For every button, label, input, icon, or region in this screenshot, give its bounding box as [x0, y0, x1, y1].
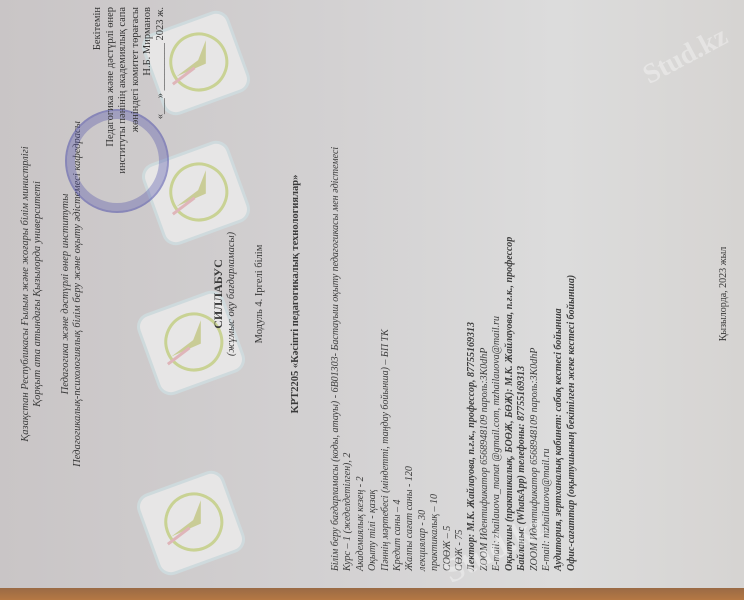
detail-line: Лектор: М.К. Жайлауова, п.ғ.к., профессо… [466, 147, 478, 571]
detail-line: СӨЖ - 75 [454, 147, 466, 571]
detail-line: практикалық – 10 [429, 147, 441, 571]
detail-line: Аудитория, зертханалық кабинет: сабақ ке… [553, 147, 565, 571]
detail-line: Жалпы сағат саны - 120 [404, 147, 416, 571]
course-details: Білім беру бағдарламасы (коды, атауы) - … [330, 147, 578, 571]
detail-line: Оқытушы (практикалық, БОӨЖ, БӨЖ): М.К. Ж… [504, 147, 516, 571]
detail-line: Білім беру бағдарламасы (коды, атауы) - … [330, 147, 342, 571]
syllabus-page: Қазақстан Республикасы Ғылым және жоғары… [0, 0, 744, 589]
ministry-name: Қазақстан Республикасы Ғылым және жоғары… [20, 0, 32, 589]
detail-line: Оқыту тілі - қазақ [367, 147, 379, 571]
approval-line: Н.Б. Мирманов [142, 7, 155, 174]
detail-line: Офис-сағаттар (оқытушының бекітілген жек… [566, 147, 578, 571]
department-name: Педагогикалық-психологиялық білім беру ж… [72, 0, 84, 589]
detail-line: Академиялық кезең - 2 [355, 147, 367, 571]
approval-line: «___» _________ 2023 ж. [155, 7, 168, 174]
detail-line: Байланыс (WhatsApp) телефоны: 8775516931… [516, 147, 528, 571]
approval-line: жөніндегі комитет төрағасы [130, 7, 143, 174]
institute-name: Педагогика және дәстүрлі өнер институты [60, 0, 72, 589]
table-surface [0, 588, 744, 600]
detail-line: E-mail: zhailauova_manat @gmail.com, mzh… [491, 147, 503, 571]
document-subtitle: (жұмыс оқу бағдарламасы) [226, 0, 238, 589]
detail-line: Курс – 1 (жеделдетілген), 2 [342, 147, 354, 571]
detail-line: E-mail: mzhailauova@mail.ru [541, 147, 553, 571]
approval-line: Бекітемін [92, 7, 105, 174]
detail-line: Пәннің мәртебесі (міндетті, таңдау бойын… [380, 147, 392, 571]
detail-line: СОӨЖ – 5 [442, 147, 454, 571]
document-title: СИЛЛАБУС [212, 0, 224, 589]
course-title: KPT2205 «Кәсіпті педагогикалық технологи… [290, 0, 302, 589]
detail-line: лекциялар - 30 [417, 147, 429, 571]
approval-line: Педагогика және дәстүрлі өнер [105, 7, 118, 174]
approval-block: Бекітемін Педагогика және дәстүрлі өнер … [92, 7, 167, 174]
university-name: Қорқыт ата атындағы Қызылорда университе… [32, 0, 44, 589]
detail-line: ZOOM Идентификатор 6568948109 пароль:3K0… [479, 147, 491, 571]
detail-line: Кредит саны – 4 [392, 147, 404, 571]
approval-line: институты пәнінің академиялық сапа [117, 7, 130, 174]
module-name: Модуль 4. Іргелі білім [254, 0, 266, 589]
city-year: Қызылорда, 2023 жыл [718, 0, 730, 589]
